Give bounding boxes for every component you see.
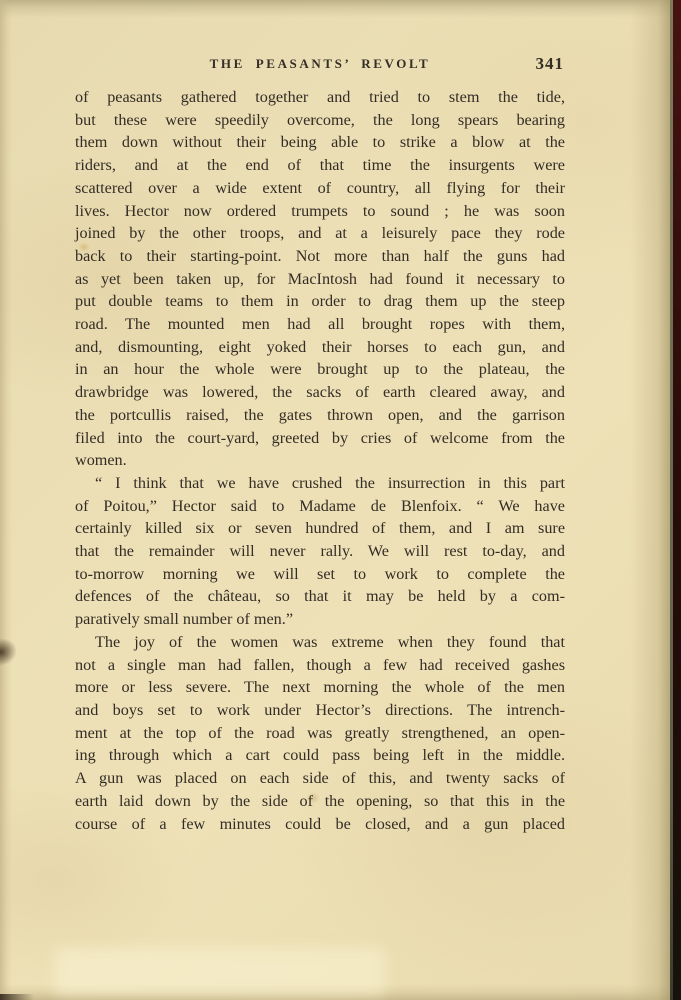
- gutter-shadow: [630, 0, 670, 1000]
- text-line: in an hour the whole were brought up to …: [75, 358, 565, 381]
- text-line: back to their starting-point. Not more t…: [75, 245, 565, 268]
- text-line: paratively small number of men.”: [75, 608, 565, 631]
- text-line: women.: [75, 449, 565, 472]
- paragraph: of peasants gathered together and tried …: [75, 86, 565, 472]
- text-line: ment at the top of the road was greatly …: [75, 722, 565, 745]
- page-edge-top: [0, 0, 681, 18]
- text-line: lives. Hector now ordered trumpets to so…: [75, 200, 565, 223]
- text-line: of Poitou,” Hector said to Madame de Ble…: [75, 495, 565, 518]
- text-line: the portcullis raised, the gates thrown …: [75, 404, 565, 427]
- text-line: and boys set to work under Hector’s dire…: [75, 699, 565, 722]
- page-number: 341: [536, 54, 565, 74]
- text-line: earth laid down by the side of the openi…: [75, 790, 565, 813]
- text-line: joined by the other troops, and at a lei…: [75, 222, 565, 245]
- text-line: put double teams to them in order to dra…: [75, 290, 565, 313]
- text-line: more or less severe. The next morning th…: [75, 676, 565, 699]
- text-line: scattered over a wide extent of country,…: [75, 177, 565, 200]
- text-line: The joy of the women was extreme when th…: [75, 631, 565, 654]
- running-head: THE PEASANTS’ REVOLT 341: [75, 56, 565, 76]
- paragraph: “ I think that we have crushed the insur…: [75, 472, 565, 631]
- text-line: “ I think that we have crushed the insur…: [75, 472, 565, 495]
- page-title: THE PEASANTS’ REVOLT: [75, 56, 565, 72]
- text-line: as yet been taken up, for MacIntosh had …: [75, 268, 565, 291]
- page-edge-left: [0, 0, 12, 1000]
- text-line: certainly killed six or seven hundred of…: [75, 517, 565, 540]
- text-line: drawbridge was lowered, the sacks of ear…: [75, 381, 565, 404]
- text-line: course of a few minutes could be closed,…: [75, 813, 565, 836]
- scan-light-patch: [55, 948, 385, 996]
- text-line: riders, and at the end of that time the …: [75, 154, 565, 177]
- text-line: ing through which a cart could pass bein…: [75, 744, 565, 767]
- page-text: of peasants gathered together and tried …: [75, 86, 565, 835]
- text-line: them down without their being able to st…: [75, 131, 565, 154]
- text-line: A gun was placed on each side of this, a…: [75, 767, 565, 790]
- paragraph: The joy of the women was extreme when th…: [75, 631, 565, 835]
- text-line: but these were speedily overcome, the lo…: [75, 109, 565, 132]
- text-line: and, dismounting, eight yoked their hors…: [75, 336, 565, 359]
- text-line: not a single man had fallen, though a fe…: [75, 654, 565, 677]
- text-line: of peasants gathered together and tried …: [75, 86, 565, 109]
- text-line: to-morrow morning we will set to work to…: [75, 563, 565, 586]
- text-line: that the remainder will never rally. We …: [75, 540, 565, 563]
- text-line: defences of the château, so that it may …: [75, 585, 565, 608]
- text-line: road. The mounted men had all brought ro…: [75, 313, 565, 336]
- binding-edge: [673, 0, 681, 1000]
- page-edge-bottom-left-shadow: [0, 994, 34, 1000]
- text-line: filed into the court-yard, greeted by cr…: [75, 427, 565, 450]
